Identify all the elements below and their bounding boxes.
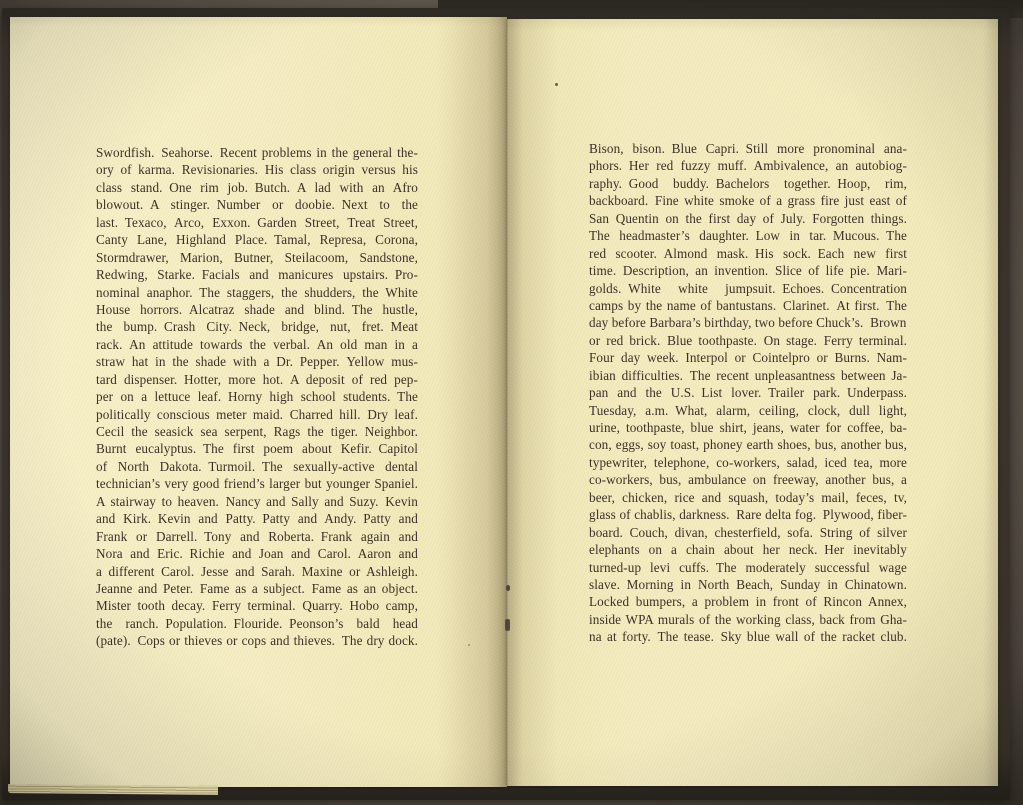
text-line: (pate). Cops or thieves or cops and thie… <box>96 632 418 649</box>
text-line: turned-up levi cuffs. The moderately suc… <box>589 559 907 576</box>
text-line: Stormdrawer, Marion, Butner, Steilacoom,… <box>96 249 418 266</box>
text-line: class stand. One rim job. Butch. A lad w… <box>96 179 418 196</box>
binding-staple <box>506 585 510 591</box>
text-line: co-workers, bus, ambulance on freeway, a… <box>589 471 907 488</box>
text-line: of North Dakota. Turmoil. The sexually-a… <box>96 458 418 475</box>
text-line: ibian difficulties. The recent unpleasan… <box>589 367 907 384</box>
text-line: camps by the name of bantustans. Clarine… <box>589 297 907 314</box>
text-line: board. Couch, divan, chesterfield, sofa.… <box>589 524 907 541</box>
text-line: and Kirk. Kevin and Patty. Patty and And… <box>96 510 418 527</box>
text-line: Four day week. Interpol or Cointelpro or… <box>589 349 907 366</box>
book-page-left: Swordfish. Seahorse. Recent problems in … <box>10 17 507 787</box>
text-line: a different Carol. Jesse and Sarah. Maxi… <box>96 563 418 580</box>
paper-speck <box>468 644 470 646</box>
paper-speck <box>555 83 558 86</box>
text-line: Burnt eucalyptus. The first poem about K… <box>96 440 418 457</box>
text-line: Nora and Eric. Richie and Joan and Carol… <box>96 545 418 562</box>
text-line: Tuesday, a.m. What, alarm, ceiling, cloc… <box>589 402 907 419</box>
text-line: time. Description, an invention. Slice o… <box>589 262 907 279</box>
text-line: backboard. Fine white smoke of a grass f… <box>589 192 907 209</box>
right-page-text-column: Bison, bison. Blue Capri. Still more pro… <box>589 140 907 646</box>
text-line: slave. Morning in North Beach, Sunday in… <box>589 576 907 593</box>
text-line: Bison, bison. Blue Capri. Still more pro… <box>589 140 907 157</box>
text-line: tard dispenser. Hotter, more hot. A depo… <box>96 371 418 388</box>
text-line: Mister tooth decay. Ferry terminal. Quar… <box>96 597 418 614</box>
text-line: nominal anaphor. The staggers, the shudd… <box>96 284 418 301</box>
text-line: Redwing, Starke. Facials and manicures u… <box>96 266 418 283</box>
text-line: blowout. A stinger. Number or doobie. Ne… <box>96 196 418 213</box>
text-line: A stairway to heaven. Nancy and Sally an… <box>96 493 418 510</box>
text-line: inside WPA murals of the working class, … <box>589 611 907 628</box>
text-line: Locked bumpers, a problem in front of Ri… <box>589 593 907 610</box>
text-line: red scooter. Almond mask. His sock. Each… <box>589 245 907 262</box>
text-line: per on a lettuce leaf. Horny high school… <box>96 388 418 405</box>
text-line: glass of chablis, darkness. Rare delta f… <box>589 506 907 523</box>
text-line: na at forty. The tease. Sky blue wall of… <box>589 628 907 645</box>
text-line: rack. An attitude towards the verbal. An… <box>96 336 418 353</box>
text-line: urine, toothpaste, blue shirt, jeans, wa… <box>589 419 907 436</box>
text-line: technician’s very good friend’s larger b… <box>96 475 418 492</box>
text-line: beer, chicken, rice and squash, today’s … <box>589 489 907 506</box>
text-line: or red brick. Blue toothpaste. On stage.… <box>589 332 907 349</box>
text-line: con, eggs, soy toast, phoney earth shoes… <box>589 436 907 453</box>
text-line: Cecil the seasick sea serpent, Rags the … <box>96 423 418 440</box>
text-line: pan and the U.S. List lover. Trailer par… <box>589 384 907 401</box>
text-line: Canty Lane, Highland Place. Tamal, Repre… <box>96 231 418 248</box>
text-line: politically conscious meter maid. Charre… <box>96 406 418 423</box>
text-line: straw hat in the shade with a Dr. Pepper… <box>96 353 418 370</box>
text-line: Swordfish. Seahorse. Recent problems in … <box>96 144 418 161</box>
text-line: elephants on a chain about her neck. Her… <box>589 541 907 558</box>
text-line: typewriter, telephone, co-workers, salad… <box>589 454 907 471</box>
text-line: the ranch. Population. Flouride. Peonson… <box>96 615 418 632</box>
text-line: the bump. Crash City. Neck, bridge, nut,… <box>96 318 418 335</box>
page-edge-sheets <box>8 784 218 795</box>
text-line: golds. White white jumpsuit. Echoes. Con… <box>589 280 907 297</box>
text-line: raphy. Good buddy. Bachelors together. H… <box>589 175 907 192</box>
text-line: last. Texaco, Arco, Exxon. Garden Street… <box>96 214 418 231</box>
text-line: House horrors. Alcatraz shade and blind.… <box>96 301 418 318</box>
text-line: day before Barbara’s birthday, two befor… <box>589 314 907 331</box>
text-line: Jeanne and Peter. Fame as a subject. Fam… <box>96 580 418 597</box>
binding-staple <box>505 619 510 631</box>
text-line: ory of karma. Revisionaries. His class o… <box>96 161 418 178</box>
left-page-text-column: Swordfish. Seahorse. Recent problems in … <box>96 144 418 650</box>
text-line: The headmaster’s daughter. Low in tar. M… <box>589 227 907 244</box>
book-page-right: Bison, bison. Blue Capri. Still more pro… <box>507 19 998 786</box>
text-line: phors. Her red fuzzy muff. Ambivalence, … <box>589 157 907 174</box>
text-line: Frank or Darrell. Tony and Roberta. Fran… <box>96 528 418 545</box>
text-line: San Quentin on the first day of July. Fo… <box>589 210 907 227</box>
